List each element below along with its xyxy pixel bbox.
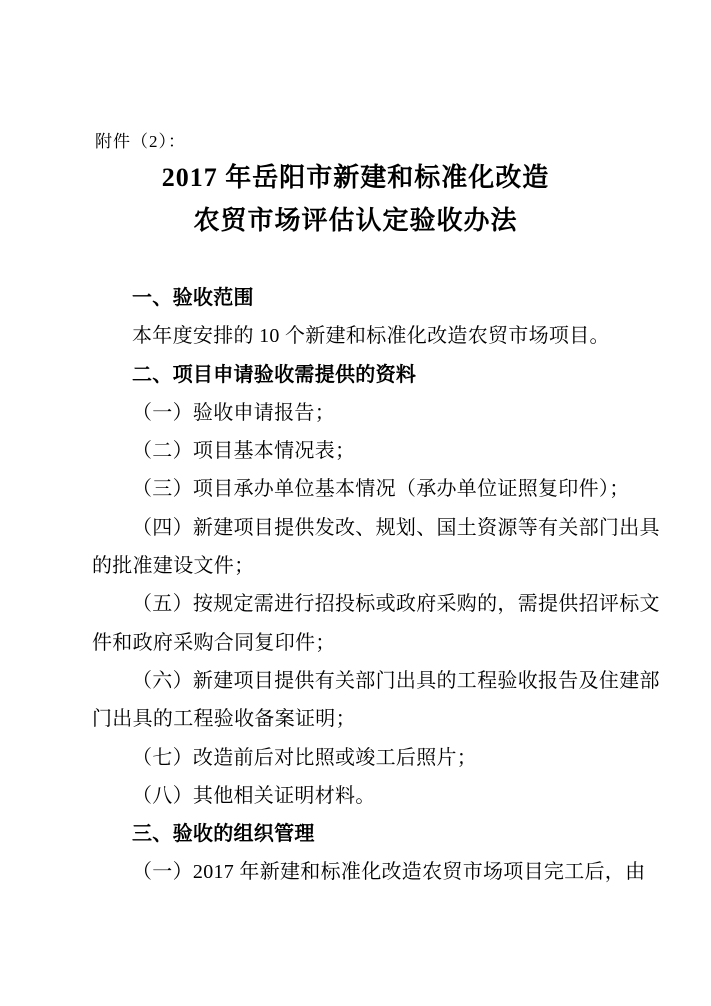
section-2-item-8: （八）其他相关证明材料。 [92, 777, 637, 815]
section-1-heading: 一、验收范围 [92, 279, 637, 317]
section-3-heading: 三、验收的组织管理 [92, 815, 637, 853]
attachment-label: 附件（2）： [95, 127, 186, 152]
title-line-1: 2017 年岳阳市新建和标准化改造 [0, 156, 711, 199]
section-2-item-2: （二）项目基本情况表； [92, 432, 637, 470]
document-body: 一、验收范围 本年度安排的 10 个新建和标准化改造农贸市场项目。 二、项目申请… [92, 279, 637, 892]
section-3-item-1: （一）2017 年新建和标准化改造农贸市场项目完工后，由 [92, 853, 637, 891]
document-page: 附件（2）： 2017 年岳阳市新建和标准化改造 农贸市场评估认定验收办法 一、… [0, 0, 711, 1006]
section-2-item-3: （三）项目承办单位基本情况（承办单位证照复印件）； [92, 470, 637, 508]
section-1-paragraph: 本年度安排的 10 个新建和标准化改造农贸市场项目。 [92, 317, 637, 355]
title-line-2: 农贸市场评估认定验收办法 [0, 199, 711, 242]
section-2-item-5-cont: 件和政府采购合同复印件； [92, 624, 637, 662]
document-title: 2017 年岳阳市新建和标准化改造 农贸市场评估认定验收办法 [0, 156, 711, 242]
section-2-item-7: （七）改造前后对比照或竣工后照片； [92, 739, 637, 777]
section-2-item-6-cont: 门出具的工程验收备案证明； [92, 700, 637, 738]
section-2-item-4: （四）新建项目提供发改、规划、国土资源等有关部门出具 [92, 509, 637, 547]
section-2-item-6: （六）新建项目提供有关部门出具的工程验收报告及住建部 [92, 662, 637, 700]
section-2-item-5: （五）按规定需进行招投标或政府采购的，需提供招评标文 [92, 585, 637, 623]
section-2-heading: 二、项目申请验收需提供的资料 [92, 356, 637, 394]
section-2-item-1: （一）验收申请报告； [92, 394, 637, 432]
section-2-item-4-cont: 的批准建设文件； [92, 547, 637, 585]
